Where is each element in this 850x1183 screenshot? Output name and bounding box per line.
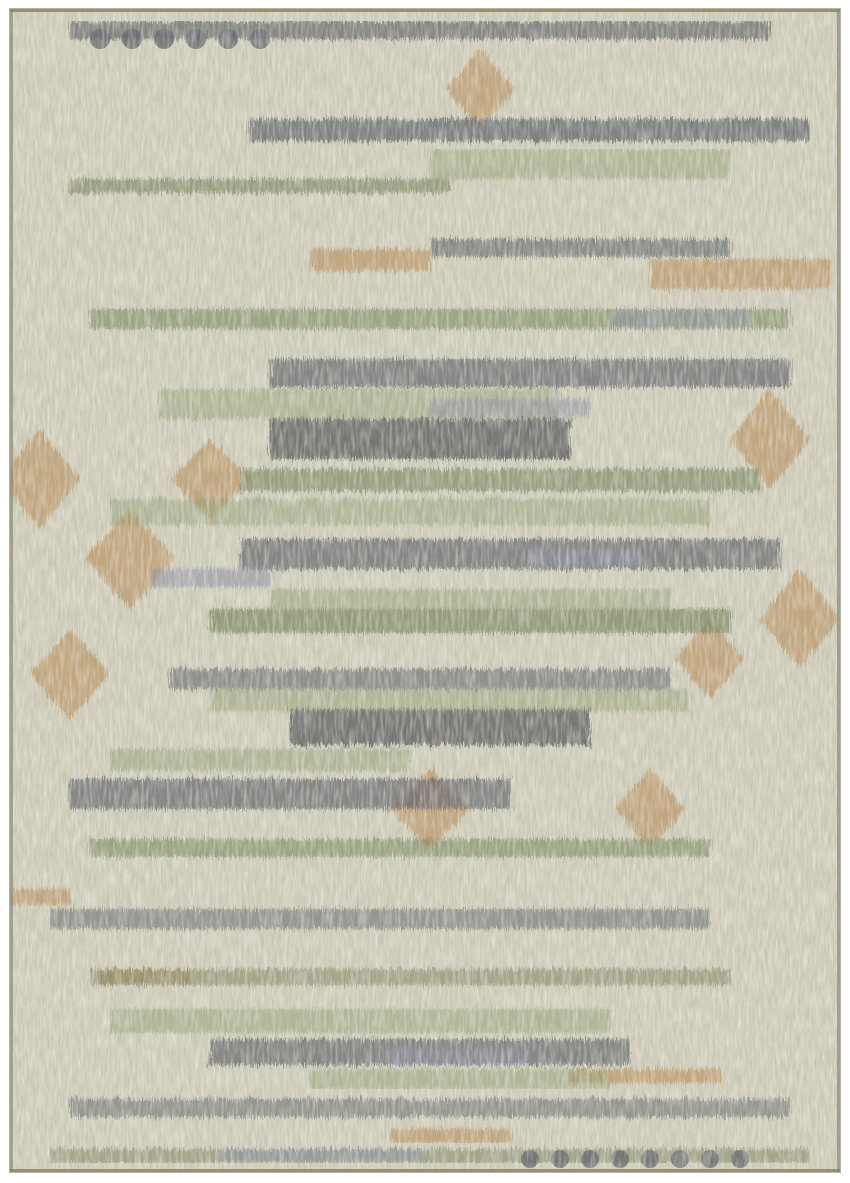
rug — [10, 9, 840, 1172]
rug-edge-top — [10, 9, 840, 12]
rug-edge-bottom — [10, 1169, 840, 1172]
rug-edge-left — [10, 9, 13, 1172]
rug-pattern — [10, 9, 840, 1172]
rug-edge-right — [837, 9, 840, 1172]
